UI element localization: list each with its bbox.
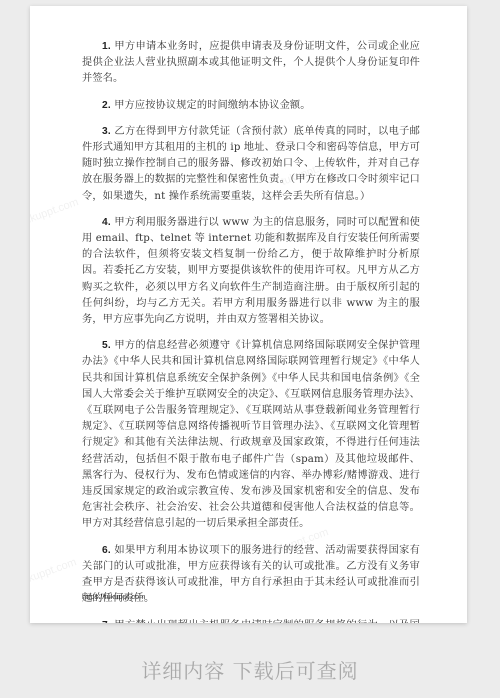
clause-text: 乙方在得到甲方付款凭证（含预付款）底单传真的同时，以电子邮件形式通知甲方其租用的… (82, 126, 420, 202)
download-prompt-banner: 详细内容 下载后可查阅 (0, 655, 500, 684)
clause-number: 5. (102, 340, 111, 351)
clause-text: 甲方禁止出现超出主机服务申请时定制的服务规格的行为，以及国家相关法规禁止的行为，… (82, 620, 420, 624)
clause-7: 7. 甲方禁止出现超出主机服务申请时定制的服务规格的行为，以及国家相关法规禁止的… (82, 618, 420, 624)
clause-number: 7. (102, 620, 111, 624)
clause-5: 5. 甲方的信息经营必须遵守《计算机信息网络国际联网安全保护管理办法》《中华人民… (82, 338, 420, 532)
clause-text: 甲方的信息经营必须遵守《计算机信息网络国际联网安全保护管理办法》《中华人民共和国… (82, 340, 420, 529)
clause-4: 4. 甲方利用服务器进行以 www 为主的信息服务，同时可以配置和使用 emai… (82, 215, 420, 328)
document-body: 1. 甲方申请本业务时，应提供申请表及身份证明文件，公司或企业应提供企业法人营业… (82, 39, 420, 623)
clause-1: 1. 甲方申请本业务时，应提供申请表及身份证明文件，公司或企业应提供企业法人营业… (82, 39, 420, 88)
clause-3: 3. 乙方在得到甲方付款凭证（含预付款）底单传真的同时，以电子邮件形式通知甲方其… (82, 124, 420, 205)
clause-2: 2. 甲方应按协议规定的时间缴纳本协议金额。 (82, 98, 420, 114)
clause-number: 2. (102, 100, 111, 111)
clause-text: 甲方应按协议规定的时间缴纳本协议金额。 (114, 100, 310, 111)
clause-number: 6. (102, 545, 111, 556)
document-page: tukuppt.com tukuppt.com tukuppt.com tuku… (30, 6, 467, 623)
clause-number: 1. (102, 41, 111, 52)
footer-url: https://tukuppt.com (82, 592, 145, 601)
clause-number: 3. (102, 126, 111, 137)
clause-text: 甲方利用服务器进行以 www 为主的信息服务，同时可以配置和使用 email、f… (82, 217, 420, 325)
watermark: tukuppt.com (30, 196, 80, 228)
watermark: tukuppt.com (30, 556, 78, 588)
clause-number: 4. (102, 217, 111, 228)
clause-text: 甲方申请本业务时，应提供申请表及身份证明文件，公司或企业应提供企业法人营业执照副… (82, 41, 420, 84)
